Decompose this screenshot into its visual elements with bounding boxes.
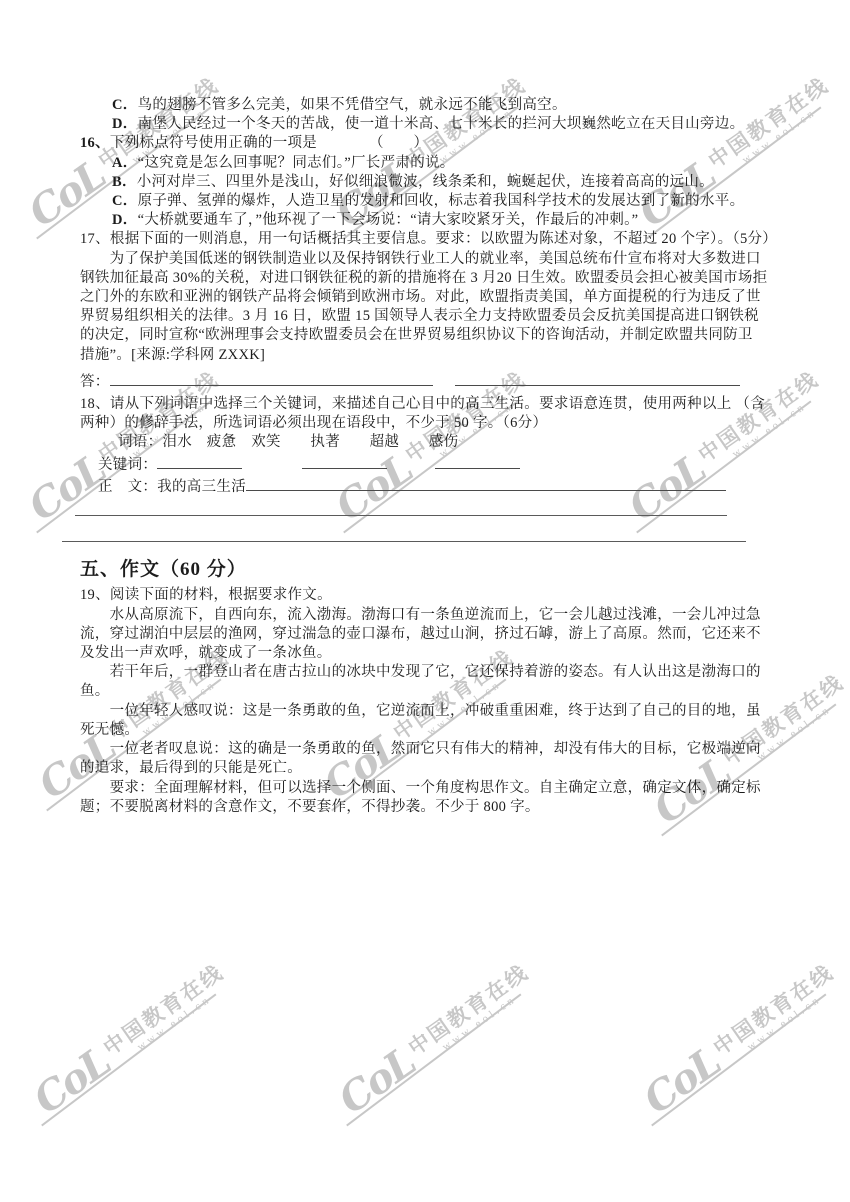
watermark: CoL中国教育在线www.eol.cn: [355, 965, 570, 1120]
doc-text: 鱼。: [80, 683, 110, 699]
doc-text: 之门外的东欧和亚洲的钢铁产品将会倾销到欧洲市场。对此，欧盟指责美国，单方面提税的…: [80, 289, 761, 305]
doc-line: D．南堡人民经过一个冬天的苦战，使一道十米高、七十米长的拦河大坝巍然屹立在天目山…: [80, 115, 782, 134]
doc-line: 一位老者叹息说：这的确是一条勇敢的鱼，然而它只有伟大的精神，却没有伟大的目标，它…: [80, 740, 782, 759]
doc-line: 钢铁加征最高 30%的关税，对进口钢铁征税的新的措施将在 3 月20 日生效。欧…: [80, 269, 782, 288]
doc-line: 题；不要脱离材料的含意作文，不要套作，不得抄袭。不少于 800 字。: [80, 798, 782, 817]
doc-line: 水从高原流下，自西向东，流入渤海。渤海口有一条鱼逆流而上，它一会儿越过浅滩，一会…: [80, 606, 782, 625]
doc-text: A．: [112, 155, 138, 171]
doc-line: D．“大桥就要通车了，”他环视了一下会场说：“请大家咬紧牙关，作最后的冲刺。”: [80, 211, 782, 230]
doc-line: 的追求，最后得到的只能是死亡。: [80, 759, 782, 778]
doc-text: 18、请从下列词语中选择三个关键词，来描述自己心目中的高三生活。要求语意连贯，使…: [80, 396, 765, 412]
blank-gap: [242, 468, 302, 469]
doc-line: 17、根据下面的一则消息，用一句话概括其主要信息。要求：以欧盟为陈述对象，不超过…: [80, 230, 782, 249]
blank-gap: [387, 468, 435, 469]
doc-line: 答：: [80, 370, 782, 392]
doc-text: 下列标点符号使用正确的一项是 （ ）: [110, 135, 428, 151]
answer-blank: [455, 370, 740, 386]
doc-text: 钢铁加征最高 30%的关税，对进口钢铁征税的新的措施将在 3 月20 日生效。欧…: [80, 270, 767, 286]
doc-line: 流，穿过湖泊中层层的渔网，穿过湍急的壶口瀑布，越过山涧，挤过石罅，游上了高原。然…: [80, 625, 782, 644]
doc-text: 鸟的翅膀不管多么完美，如果不凭借空气，就永远不能飞到高空。: [138, 97, 567, 113]
watermark-logo: CoL: [638, 1043, 726, 1120]
document-lines: C．鸟的翅膀不管多么完美，如果不凭借空气，就永远不能飞到高空。D．南堡人民经过一…: [80, 96, 782, 817]
doc-text: 五、作文（60 分）: [80, 559, 247, 580]
doc-line: 18、请从下列词语中选择三个关键词，来描述自己心目中的高三生活。要求语意连贯，使…: [80, 395, 782, 414]
doc-line: 词语：泪水 疲惫 欢笑 执著 超越 感伤: [80, 433, 782, 452]
doc-text: 词语：泪水 疲惫 欢笑 执著 超越 感伤: [118, 434, 458, 450]
doc-text: 19、阅读下面的材料，根据要求作文。: [80, 587, 332, 603]
watermark-logo: CoL: [28, 1043, 116, 1120]
watermark: CoL中国教育在线www.eol.cn: [660, 965, 850, 1120]
doc-text: C．: [112, 193, 138, 209]
doc-text: 南堡人民经过一个冬天的苦战，使一道十米高、七十米长的拦河大坝巍然屹立在天目山旁边…: [138, 116, 745, 132]
doc-text: D．: [112, 116, 138, 132]
answer-blank: [75, 500, 727, 516]
answer-blank: [435, 453, 520, 469]
doc-text: 水从高原流下，自西向东，流入渤海。渤海口有一条鱼逆流而上，它一会儿越过浅滩，一会…: [80, 607, 761, 623]
doc-text: 一位老者叹息说：这的确是一条勇敢的鱼，然而它只有伟大的精神，却没有伟大的目标，它…: [80, 741, 761, 757]
answer-blank: [302, 453, 387, 469]
watermark: CoL中国教育在线www.eol.cn: [50, 965, 265, 1120]
doc-line: 死无憾。: [80, 721, 782, 740]
doc-text: 为了保护美国低迷的钢铁制造业以及保持钢铁行业工人的就业率，美国总统布什宣布将对大…: [80, 251, 761, 267]
doc-line: 的决定，同时宣称“欧洲理事会支持欧盟委员会在世界贸易组织协议下的咨询活动，并制定…: [80, 326, 782, 345]
doc-line: 措施”。[来源:学科网 ZXXK]: [80, 346, 782, 365]
doc-line: 关键词：: [80, 453, 782, 475]
doc-line: A．“这究竟是怎么回事呢？同志们。”厂长严肃的说。: [80, 154, 782, 173]
doc-line: 两种）的修辞手法，所选词语必须出现在语段中，不少于 50 字。（6分）: [80, 414, 782, 433]
doc-text: 界贸易组织相关的法律。3 月 16 日，欧盟 15 国领导人表示全力支持欧盟委员…: [80, 308, 759, 324]
doc-text: 措施”。[来源:学科网 ZXXK]: [80, 347, 265, 363]
doc-text: 要求：全面理解材料，但可以选择一个侧面、一个角度构思作文。自主确定立意，确定文体…: [80, 780, 761, 796]
doc-text: 16、: [80, 135, 110, 151]
doc-line: 界贸易组织相关的法律。3 月 16 日，欧盟 15 国领导人表示全力支持欧盟委员…: [80, 307, 782, 326]
doc-text: 的决定，同时宣称“欧洲理事会支持欧盟委员会在世界贸易组织协议下的咨询活动，并制定…: [80, 327, 753, 343]
doc-line: [62, 526, 782, 548]
watermark-brand: 中国教育在线: [710, 961, 838, 1060]
doc-text: 正 文：我的高三生活: [98, 479, 246, 495]
watermark-url: www.eol.cn: [135, 979, 234, 1054]
doc-text: 答：: [80, 374, 110, 390]
doc-line: 一位年轻人感叹说：这是一条勇敢的鱼，它逆流而上，冲破重重困难，终于达到了自己的目…: [80, 702, 782, 721]
doc-text: C．: [112, 97, 138, 113]
doc-text: “这究竟是怎么回事呢？同志们。”厂长严肃的说。: [138, 155, 455, 171]
doc-text: 的追求，最后得到的只能是死亡。: [80, 760, 302, 776]
answer-blank: [110, 370, 433, 386]
doc-text: 及发出一声欢呼，就变成了一条冰鱼。: [80, 645, 332, 661]
doc-text: 17、根据下面的一则消息，用一句话概括其主要信息。要求：以欧盟为陈述对象，不超过…: [80, 231, 777, 247]
watermark-url: www.eol.cn: [745, 979, 844, 1054]
doc-text: 题；不要脱离材料的含意作文，不要套作，不得抄袭。不少于 800 字。: [80, 799, 540, 815]
watermark-brand: 中国教育在线: [405, 961, 533, 1060]
blank-gap: [433, 385, 455, 386]
doc-text: “大桥就要通车了，”他环视了一下会场说：“请大家咬紧牙关，作最后的冲刺。”: [138, 212, 639, 228]
doc-text: 小河对岸三、四里外是浅山，好似细浪微波，线条柔和，蜿蜒起伏，连接着高高的远山。: [137, 174, 714, 190]
doc-line: C．鸟的翅膀不管多么完美，如果不凭借空气，就永远不能飞到高空。: [80, 96, 782, 115]
watermark-logo: CoL: [333, 1043, 421, 1120]
doc-text: D．: [112, 212, 138, 228]
doc-line: 19、阅读下面的材料，根据要求作文。: [80, 586, 782, 605]
answer-blank: [246, 475, 726, 491]
doc-line: 及发出一声欢呼，就变成了一条冰鱼。: [80, 644, 782, 663]
doc-line: 为了保护美国低迷的钢铁制造业以及保持钢铁行业工人的就业率，美国总统布什宣布将对大…: [80, 250, 782, 269]
doc-text: 两种）的修辞手法，所选词语必须出现在语段中，不少于 50 字。（6分）: [80, 415, 547, 431]
answer-blank: [157, 453, 242, 469]
doc-line: 五、作文（60 分）: [80, 558, 782, 582]
doc-line: 16、下列标点符号使用正确的一项是 （ ）: [80, 134, 782, 153]
doc-line: [75, 500, 782, 522]
doc-text: B．: [112, 174, 137, 190]
doc-line: 之门外的东欧和亚洲的钢铁产品将会倾销到欧洲市场。对此，欧盟指责美国，单方面提税的…: [80, 288, 782, 307]
exam-page: { "watermark": { "logo": "CoL", "brand":…: [0, 0, 850, 1202]
watermark-brand: 中国教育在线: [100, 961, 228, 1060]
doc-line: B．小河对岸三、四里外是浅山，好似细浪微波，线条柔和，蜿蜒起伏，连接着高高的远山…: [80, 173, 782, 192]
doc-text: 流，穿过湖泊中层层的渔网，穿过湍急的壶口瀑布，越过山涧，挤过石罅，游上了高原。然…: [80, 626, 761, 642]
doc-text: 若干年后，一群登山者在唐古拉山的冰块中发现了它，它还保持着游的姿态。有人认出这是…: [80, 664, 761, 680]
doc-text: 关键词：: [98, 457, 157, 473]
watermark-url: www.eol.cn: [440, 979, 539, 1054]
doc-text: 原子弹、氢弹的爆炸，人造卫星的发射和回收，标志着我国科学技术的发展达到了新的水平…: [138, 193, 745, 209]
doc-text: 一位年轻人感叹说：这是一条勇敢的鱼，它逆流而上，冲破重重困难，终于达到了自己的目…: [80, 703, 761, 719]
doc-text: 死无憾。: [80, 722, 139, 738]
doc-line: 鱼。: [80, 682, 782, 701]
doc-line: C．原子弹、氢弹的爆炸，人造卫星的发射和回收，标志着我国科学技术的发展达到了新的…: [80, 192, 782, 211]
answer-blank: [62, 526, 746, 542]
doc-line: 若干年后，一群登山者在唐古拉山的冰块中发现了它，它还保持着游的姿态。有人认出这是…: [80, 663, 782, 682]
doc-line: 正 文：我的高三生活: [80, 475, 782, 497]
doc-line: 要求：全面理解材料，但可以选择一个侧面、一个角度构思作文。自主确定立意，确定文体…: [80, 779, 782, 798]
